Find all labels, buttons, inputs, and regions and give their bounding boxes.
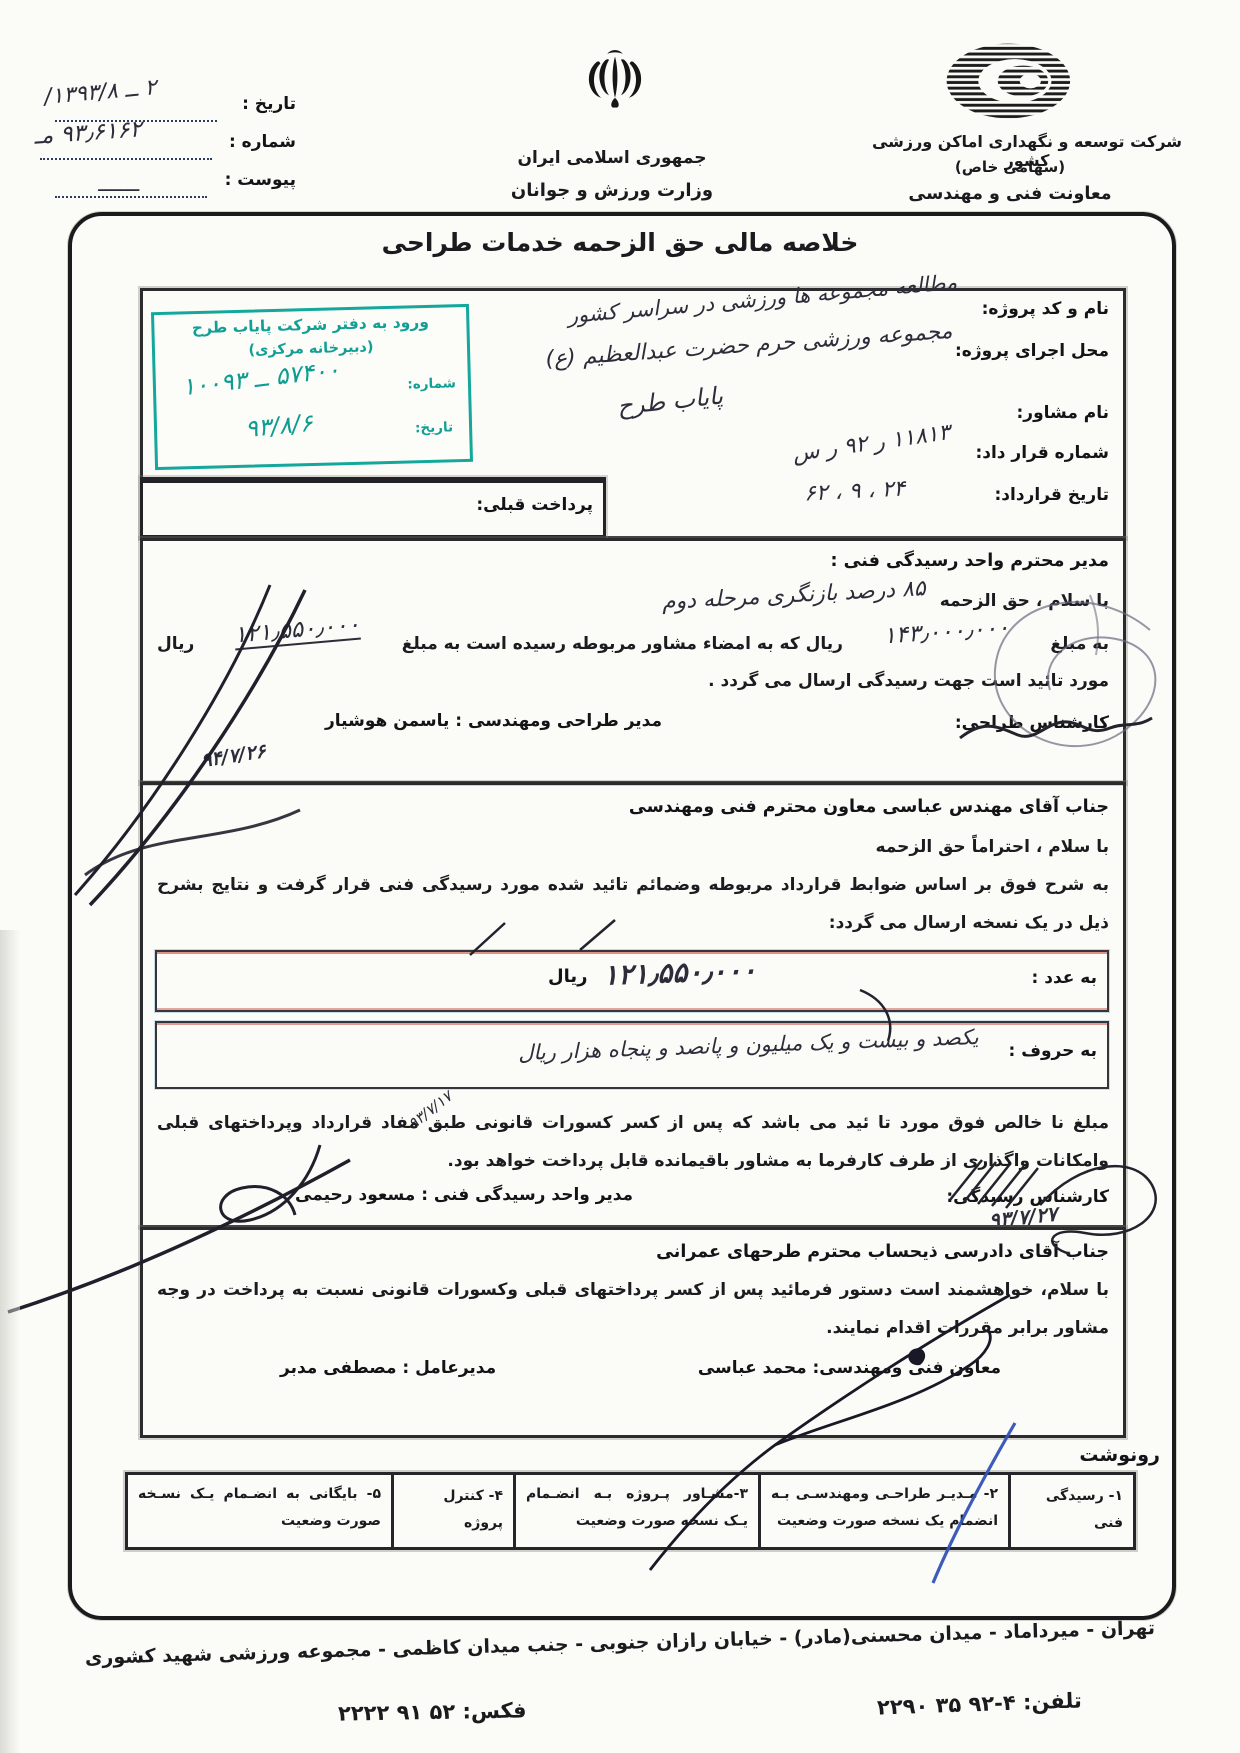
design-manager-signature — [55, 575, 335, 915]
footer-fax-label: فکس: — [462, 1698, 526, 1723]
letterhead-ministry: وزارت ورزش و جوانان — [462, 180, 762, 201]
letterhead-department: معاونت فنی و مهندسی — [880, 184, 1140, 204]
project-location-handwritten: مجموعه ورزشی حرم حضرت عبدالعظیم (ع) — [545, 319, 954, 372]
stamp-date-label: تاریخ: — [415, 419, 454, 436]
previous-payment-label: پرداخت قبلی: — [476, 495, 593, 515]
stamp-number-label: شماره: — [407, 375, 456, 392]
letterhead-country: جمهوری اسلامی ایران — [462, 148, 762, 168]
footer-fax-value: ۲۲۲۲ ۹۱ ۵۲ — [338, 1700, 456, 1726]
date-label: تاریخ : — [242, 94, 296, 114]
pen-tick-marks — [430, 905, 950, 1045]
stamp-line1: ورود به دفتر شرکت پایاب طرح — [154, 312, 466, 338]
blue-pen-stroke — [915, 1415, 1035, 1590]
stamp-number-handwritten: ۵۷۴۰۰ ــ ۱۰۰۹۳ — [181, 355, 341, 401]
contract-number-label: شماره قرار داد: — [975, 443, 1109, 463]
cc-item-4: ۴- کنترل پروژه — [391, 1475, 513, 1547]
number-handwritten-value: ۹۳٫۶۱۶۲ مـ — [33, 116, 143, 149]
company-logo-icon — [945, 34, 1075, 128]
amount-mid: ریال که به امضاء مشاور مربوطه رسیده است … — [402, 634, 843, 654]
footer-address: تهران - میرداماد - میدان محسنی(مادر) - خ… — [0, 1615, 1240, 1672]
footer-phone-label: تلفن: — [1023, 1688, 1083, 1714]
design-manager-label: مدیر طراحی ومهندسی : یاسمن هوشیار — [325, 711, 662, 731]
review-manager-signature — [0, 1120, 360, 1320]
attachment-dotted-line — [55, 196, 207, 198]
footer-phone: تلفن: ۲۲۹۰ ۳۵ ۹۲-۴ — [877, 1688, 1083, 1719]
scanned-document-page: تاریخ : ۲ ــ ۱۳۹۳/۸/ شماره : ۹۳٫۶۱۶۲ مـ … — [0, 0, 1240, 1753]
consultant-name-label: نام مشاور: — [1016, 403, 1109, 423]
design-expert-signature — [940, 570, 1180, 790]
attachment-label: پیوست : — [225, 170, 296, 190]
number-dotted-line — [40, 158, 212, 160]
form-title: خلاصه مالی حق الزحمه خدمات طراحی — [0, 228, 1240, 257]
stamp-date-handwritten: ۹۳/۸/۶ — [244, 409, 314, 443]
review-heading: مدیر محترم واحد رسیدگی فنی : — [831, 551, 1110, 571]
contract-date-handwritten: ۲۴ ، ۹ ، ۶۲ — [803, 476, 905, 506]
contract-number-handwritten: ۱۱۸۱۳ ر ۹۲ ر س — [791, 420, 952, 467]
deputy-greeting: با سلام ، احتراماً حق الزحمه — [875, 837, 1109, 857]
project-info-table: نام و کد پروژه: مطالعه مجموعه ها ورزشی د… — [140, 288, 1126, 539]
number-label: شماره : — [229, 132, 296, 152]
footer-fax: فکس: ۲۲۲۲ ۹۱ ۵۲ — [338, 1698, 527, 1725]
letterhead-reference-block: تاریخ : ۲ ــ ۱۳۹۳/۸/ شماره : ۹۳٫۶۱۶۲ مـ … — [28, 86, 328, 211]
scan-edge-shadow — [0, 930, 20, 1753]
review-expert-signature — [920, 1130, 1180, 1270]
company-entry-stamp: ورود به دفتر شرکت پایاب طرح (دبیرخانه مر… — [151, 304, 473, 470]
contract-date-label: تاریخ قرارداد: — [994, 485, 1109, 505]
project-location-label: محل اجرای پروژه: — [955, 341, 1109, 361]
review-fee-handwritten: ۸۵ درصد بازنگری مرحله دوم — [661, 576, 926, 615]
previous-payment-box: پرداخت قبلی: — [140, 477, 606, 538]
iran-national-emblem-icon — [572, 46, 658, 136]
footer-phone-value: ۲۲۹۰ ۳۵ ۹۲-۴ — [877, 1691, 1016, 1720]
deputy-heading: جناب آقای مهندس عباسی معاون محترم فنی وم… — [629, 797, 1109, 817]
date-handwritten-value: ۲ ــ ۱۳۹۳/۸/ — [43, 75, 157, 110]
consultant-name-handwritten: پایاب طرح — [616, 382, 724, 421]
project-name-label: نام و کد پروژه: — [982, 299, 1109, 319]
cc-heading: رونوشت — [1079, 1444, 1160, 1466]
attachment-handwritten-value: ـــــــ — [98, 172, 139, 196]
words-label: به حروف : — [1009, 1041, 1097, 1061]
letterhead-company-type: (سهامی خاص) — [880, 158, 1140, 176]
numeric-label: به عدد : — [1032, 968, 1098, 988]
cc-item-5: ۵- بایگانی به انضـمام یـک نسـخه صورت وضع… — [128, 1475, 391, 1547]
ceo-label: مدیرعامل : مصطفی مدبر — [280, 1358, 496, 1378]
